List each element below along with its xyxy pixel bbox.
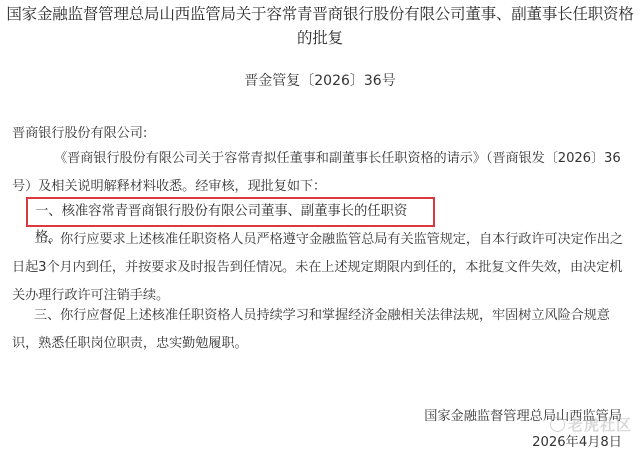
intro-paragraph: 《晋商银行股份有限公司关于容常青拟任董事和副董事长任职资格的请示》（晋商银发〔2… xyxy=(12,145,632,201)
intro-text: 《晋商银行股份有限公司关于容常青拟任董事和副董事长任职资格的请示》（晋商银发〔2… xyxy=(12,151,621,194)
highlighted-item-1: 一、核准容常青晋商银行股份有限公司董事、副董事长的任职资格。 xyxy=(26,197,435,227)
item-3-paragraph: 三、你行应督促上述核准任职资格人员持续学习和掌握经济金融相关法律法规，牢固树立风… xyxy=(12,302,632,358)
addressee: 晋商银行股份有限公司: xyxy=(12,120,632,148)
document-title: 国家金融监督管理总局山西监管局关于容常青晋商银行股份有限公司董事、副董事长任职资… xyxy=(0,2,640,50)
signature-date: 2026年4月8日 xyxy=(532,433,622,453)
document-number: 晋金管复〔2026〕36号 xyxy=(0,71,640,91)
item-3-text: 三、你行应督促上述核准任职资格人员持续学习和掌握经济金融相关法律法规，牢固树立风… xyxy=(12,308,610,351)
item-2-paragraph: 二、你行应要求上述核准任职资格人员严格遵守金融监管总局有关监管规定，自本行政许可… xyxy=(12,226,632,310)
item-2-text: 二、你行应要求上述核准任职资格人员严格遵守金融监管总局有关监管规定，自本行政许可… xyxy=(12,232,623,303)
signature-organization: 国家金融监督管理总局山西监管局 xyxy=(424,407,622,427)
